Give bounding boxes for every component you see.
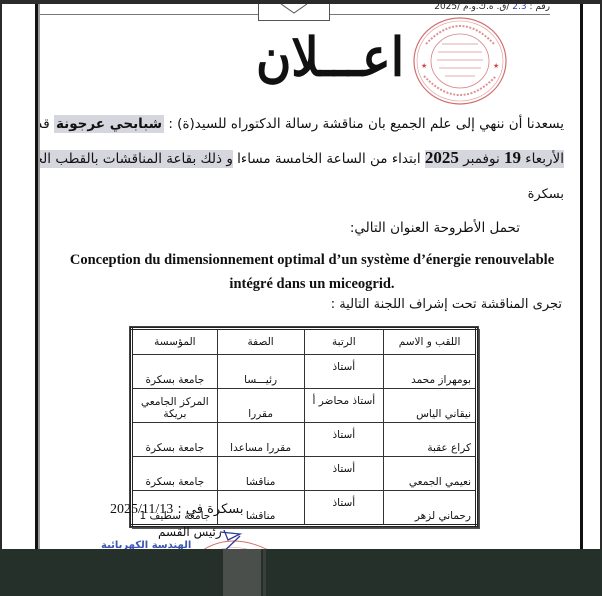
jury-institution: جامعة بسكرة <box>132 423 218 457</box>
jury-label: تجرى المناقشة تحت إشراف اللجنة التالية : <box>331 297 562 312</box>
month-label: نوفمبر <box>463 151 500 167</box>
jury-name: كراع عقبة <box>384 423 477 457</box>
schedule-place: و ذلك بقاعة المناقشات بالقطب الجامعي شتم… <box>40 150 233 168</box>
jury-institution: جامعة بسكرة <box>132 457 218 491</box>
jury-rank: أستاذ <box>304 423 384 457</box>
table-row: بومهراز محمد أستاذ رئيـــسا جامعة بسكرة <box>132 355 477 389</box>
day-label: الأربعاء <box>525 151 564 167</box>
jury-rank: أستاذ <box>304 355 384 389</box>
intro-tail: قد برمجت ليوم: <box>40 116 50 132</box>
thesis-title: Conception du dimensionnement optimal d’… <box>54 248 570 296</box>
schedule-city: بسكرة <box>528 187 564 202</box>
header-name: اللقب و الاسم <box>384 329 477 355</box>
reference-label: رقم : <box>529 4 550 12</box>
jury-role: رئيـــسا <box>217 355 304 389</box>
jury-rank: أستاذ محاضر أ <box>304 389 384 423</box>
jury-name: بومهراز محمد <box>384 355 477 389</box>
reference-suffix: /ق. ه.ك.و.م /2025 <box>434 4 509 12</box>
jury-name: رحماني لزهر <box>384 491 477 526</box>
scrollbar-divider <box>263 549 266 596</box>
table-row: نيقاني الياس أستاذ محاضر أ مقررا المركز … <box>132 389 477 423</box>
svg-text:★: ★ <box>493 62 499 70</box>
page-title: اعـــلان <box>250 27 410 89</box>
chevron-down-icon <box>259 4 329 20</box>
jury-role: مقررا مساعدا <box>217 423 304 457</box>
jury-rank: أستاذ <box>304 491 384 526</box>
header-rank: الرتبة <box>304 329 384 355</box>
signature-date: 2025/11/13 <box>110 502 173 517</box>
jury-header-row: اللقب و الاسم الرتبة الصفة المؤسسة <box>132 329 477 355</box>
reference-value: 2.3 <box>512 4 526 12</box>
thesis-label: تحمل الأطروحة العنوان التالي: <box>350 220 520 236</box>
reference-number: رقم : 2.3 /ق. ه.ك.و.م /2025 <box>434 4 550 12</box>
table-row: كراع عقبة أستاذ مقررا مساعدا جامعة بسكرة <box>132 423 477 457</box>
document-page: رقم : 2.3 /ق. ه.ك.و.م /2025 ★ ★ اعـــلان… <box>40 4 580 549</box>
day-number: 19 <box>504 148 521 167</box>
candidate-name: شبابحي عرجونة <box>54 115 164 133</box>
viewer-bottom-bar <box>0 549 602 596</box>
schedule-time: ابتداء من الساعة الخامسة مساءا <box>237 151 420 167</box>
schedule-line: الأربعاء 19 نوفمبر 2025 ابتداء من الساعة… <box>40 148 564 168</box>
place-date-label: بسكرة في : <box>177 502 243 517</box>
jury-institution: جامعة بسكرة <box>132 355 218 389</box>
page-right-margin <box>583 4 600 549</box>
department-name: الهندسة الكهربائية <box>101 540 191 549</box>
jury-name: نعيمي الجمعي <box>384 457 477 491</box>
jury-institution: المركز الجامعي بريكة <box>132 389 218 423</box>
schedule-day: الأربعاء 19 نوفمبر 2025 <box>425 150 564 168</box>
place-date: بسكرة في : 2025/11/13 <box>110 502 243 518</box>
faculty-seal-icon: ★ ★ <box>410 14 510 109</box>
jury-table: اللقب و الاسم الرتبة الصفة المؤسسة بومهر… <box>130 327 478 527</box>
jury-name: نيقاني الياس <box>384 389 477 423</box>
scrollbar-thumb[interactable] <box>223 549 261 596</box>
intro-text: يسعدنا أن ننهي إلى علم الجميع بان مناقشة… <box>168 116 564 132</box>
header-logo-box <box>258 4 330 21</box>
jury-rank: أستاذ <box>304 457 384 491</box>
year-label: 2025 <box>425 148 459 167</box>
intro-paragraph: يسعدنا أن ننهي إلى علم الجميع بان مناقشة… <box>40 116 564 132</box>
table-row: نعيمي الجمعي أستاذ مناقشا جامعة بسكرة <box>132 457 477 491</box>
svg-text:★: ★ <box>421 62 427 70</box>
page-left-margin <box>2 4 35 549</box>
header-institution: المؤسسة <box>132 329 218 355</box>
jury-role: مناقشا <box>217 457 304 491</box>
jury-role: مقررا <box>217 389 304 423</box>
header-role: الصفة <box>217 329 304 355</box>
